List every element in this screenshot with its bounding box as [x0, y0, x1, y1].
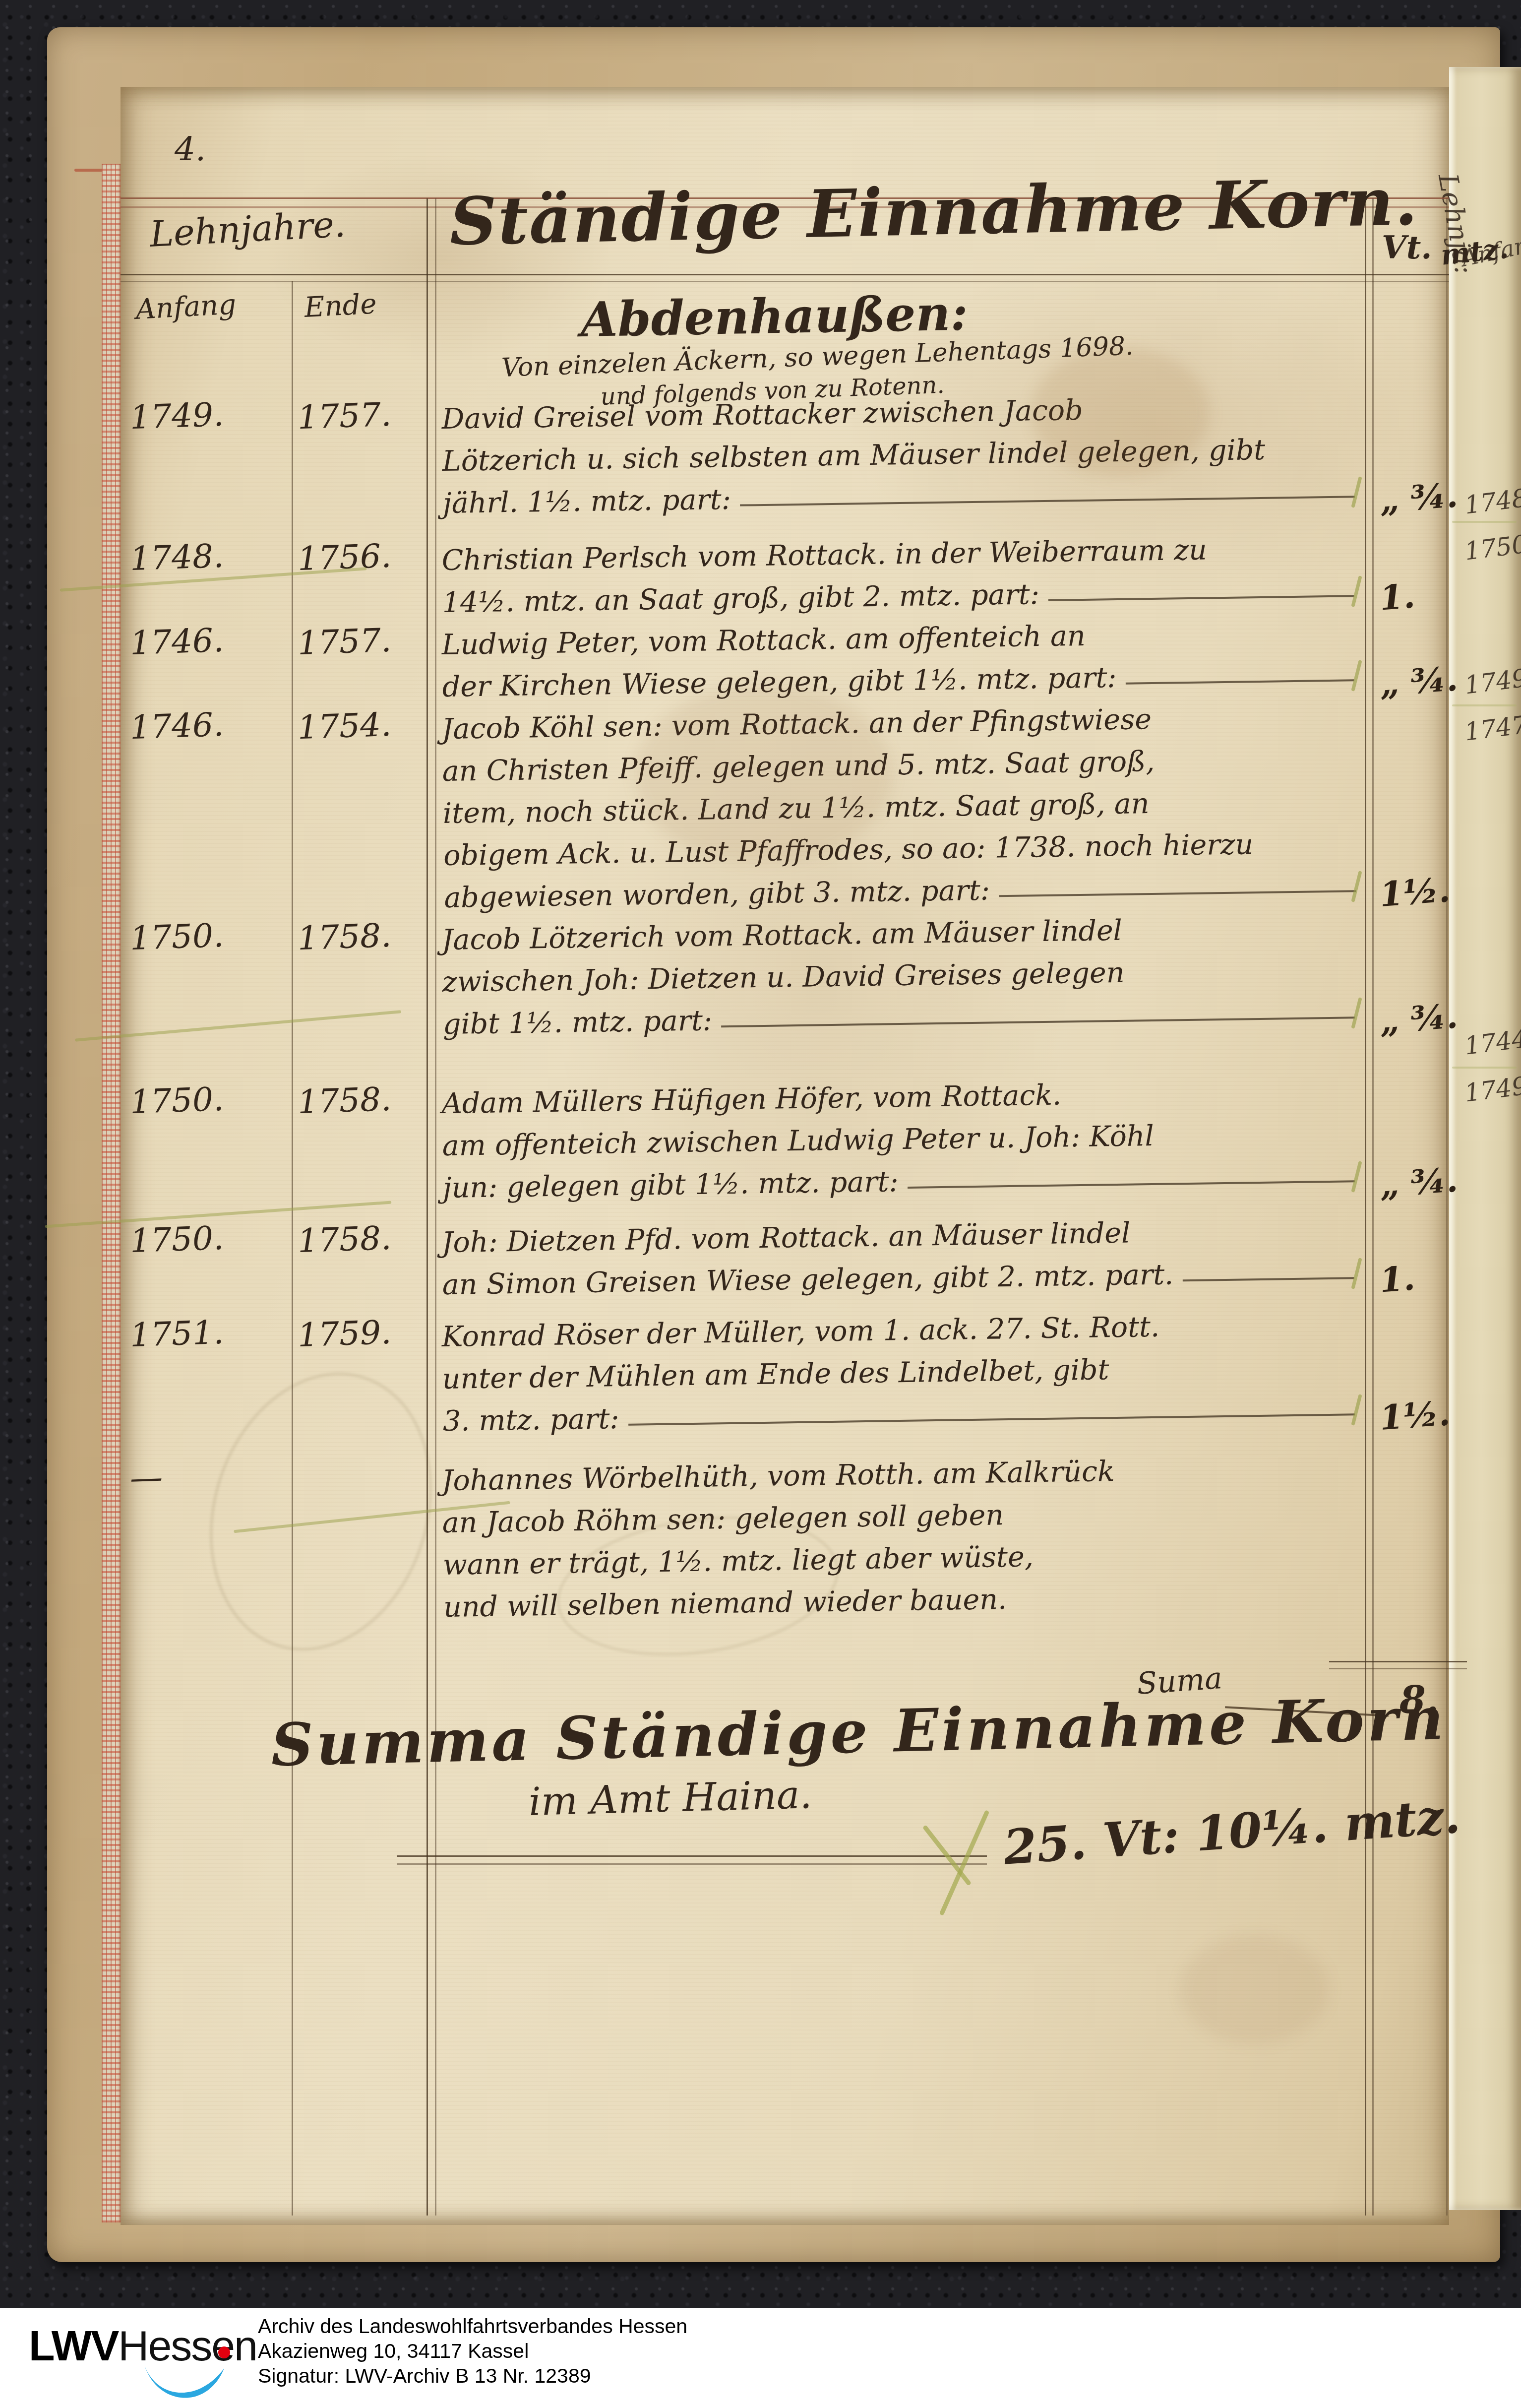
entry-text-content: 3. mtz. part:: [442, 1399, 619, 1441]
entry-year-anfang: 1749.: [129, 395, 225, 437]
entry-text: Ludwig Peter, vom Rottack. am offenteich…: [441, 610, 1357, 707]
entry-year-ende: 1758.: [297, 916, 392, 958]
ende-column-label: Ende: [304, 288, 377, 324]
entry-amount-viertel: 1½.: [1378, 870, 1451, 915]
entry-amount-viertel: „ ¾.: [1378, 1160, 1459, 1205]
part-trailing-rule: [721, 1016, 1355, 1027]
entry-text: Jacob Lötzerich vom Rottack. am Mäuser l…: [441, 905, 1358, 1044]
fore-edge-green-line: [1452, 1067, 1517, 1069]
archival-scan: Lehnja: Anfang 17481750.17491747.1744174…: [0, 0, 1521, 2408]
entry-text: Konrad Röser der Müller, vom 1. ack. 27.…: [441, 1302, 1358, 1441]
part-trailing-rule: [740, 496, 1355, 506]
entry-year-ende: 1758.: [297, 1219, 392, 1261]
entry-text-content: gibt 1½. mtz. part:: [442, 1001, 712, 1044]
entry-amount-viertel: 1.: [1378, 576, 1416, 619]
entry-amount-viertel: 1.: [1378, 1259, 1416, 1301]
text-column-rule-2: [435, 198, 436, 2216]
paper-stain: [635, 685, 893, 863]
entry-text: Adam Müllers Hüfigen Höfer, vom Rottack.…: [441, 1069, 1358, 1208]
entry-text: Christian Perlsch vom Rottack. in der We…: [441, 525, 1357, 623]
summary-underline-1: [397, 1855, 987, 1857]
text-column-rule-1: [426, 198, 428, 2216]
entry-year-anfang: 1746.: [129, 705, 225, 747]
logo-text-bold: LWV: [29, 2322, 118, 2370]
part-trailing-rule: [999, 890, 1356, 897]
fore-edge-year: 1748: [1463, 483, 1521, 519]
entry-text: Jacob Köhl sen: vom Rottack. an der Pfin…: [441, 694, 1359, 918]
archive-signature: Signatur: LWV-Archiv B 13 Nr. 12389: [258, 2363, 687, 2388]
entry-year-anfang: 1750.: [129, 1219, 225, 1261]
entry-amount-viertel: „ ¾.: [1378, 476, 1459, 521]
part-trailing-rule: [1048, 595, 1354, 601]
entry-year-ende: 1759.: [297, 1313, 392, 1355]
entry-year-anfang: —: [129, 1458, 164, 1497]
value-column-rule-2: [1372, 198, 1374, 2216]
entry-year-anfang: 1748.: [129, 537, 225, 578]
entry-amount-viertel: „ ¾.: [1378, 659, 1459, 704]
part-trailing-rule: [1182, 1277, 1354, 1281]
entry-text-content: jun: gelegen gibt 1½. mtz. part:: [442, 1162, 899, 1208]
archive-footer: LWVHessen Archiv des Landeswohlfahrtsver…: [0, 2308, 1521, 2408]
entry-year-ende: 1758.: [297, 1080, 392, 1122]
value-column-rule-1: [1365, 198, 1366, 2216]
fore-edge-green-line: [1452, 704, 1517, 706]
anfang-column-label: Anfang: [135, 288, 237, 326]
header-underline-2: [121, 281, 1449, 282]
archive-street: Akazienweg 10, 34117 Kassel: [258, 2339, 687, 2363]
header-underline-1: [121, 274, 1449, 275]
entry-amount-viertel: „ ¾.: [1378, 997, 1459, 1042]
fore-edge-year: 1749: [1463, 663, 1521, 699]
archive-name: Archiv des Landeswohlfahrtsverbandes Hes…: [258, 2314, 687, 2339]
suma-rule-2: [1329, 1668, 1467, 1669]
fore-edge-year: 1744: [1463, 1024, 1521, 1060]
folio-number: 4.: [175, 130, 206, 168]
logo-blue-swoosh-icon: [139, 2362, 233, 2407]
entry-year-anfang: 1751.: [129, 1313, 225, 1355]
logo-red-dot-icon: [218, 2346, 230, 2358]
part-trailing-rule: [1126, 679, 1354, 684]
paper-stain: [1180, 1935, 1329, 2044]
entry-year-anfang: 1750.: [129, 1080, 225, 1122]
fore-edge-pages: Lehnja: Anfang 17481750.17491747.1744174…: [1449, 67, 1521, 2210]
suma-rule-1: [1329, 1661, 1467, 1662]
entry-text: Joh: Dietzen Pfd. vom Rottack. an Mäuser…: [441, 1207, 1357, 1305]
fore-edge-green-line: [1452, 521, 1517, 523]
unit-col-viertel: Vt.: [1382, 229, 1432, 266]
entry-year-ende: 1754.: [297, 705, 392, 747]
entry-year-ende: 1757.: [297, 395, 392, 437]
summary-total-line-2: im Amt Haina.: [528, 1773, 812, 1825]
part-trailing-rule: [908, 1180, 1355, 1189]
entry-year-ende: 1757.: [297, 621, 392, 663]
entry-amount-viertel: 1½.: [1378, 1394, 1451, 1438]
fore-edge-year: 1750.: [1463, 529, 1521, 566]
summary-underline-2: [397, 1863, 987, 1865]
archive-address-block: Archiv des Landeswohlfahrtsverbandes Hes…: [258, 2314, 687, 2388]
red-sprinkled-page-edge: [102, 164, 122, 2222]
paper-stain: [1032, 347, 1210, 476]
entry-text-content: jährl. 1½. mtz. part:: [442, 480, 731, 523]
fore-edge-year: 1747.: [1463, 709, 1521, 747]
entry-text-content: abgewiesen worden, gibt 3. mtz. part:: [444, 871, 990, 918]
fore-edge-year: 1749.: [1463, 1071, 1521, 1108]
part-trailing-rule: [628, 1413, 1355, 1425]
entry-year-anfang: 1746.: [129, 621, 225, 663]
entry-text: David Greisel vom Rottacker zwischen Jac…: [441, 384, 1358, 523]
year-column-divider: [292, 281, 293, 2216]
entry-year-anfang: 1750.: [129, 916, 225, 958]
place-heading: Abdenhaußen:: [580, 285, 969, 348]
